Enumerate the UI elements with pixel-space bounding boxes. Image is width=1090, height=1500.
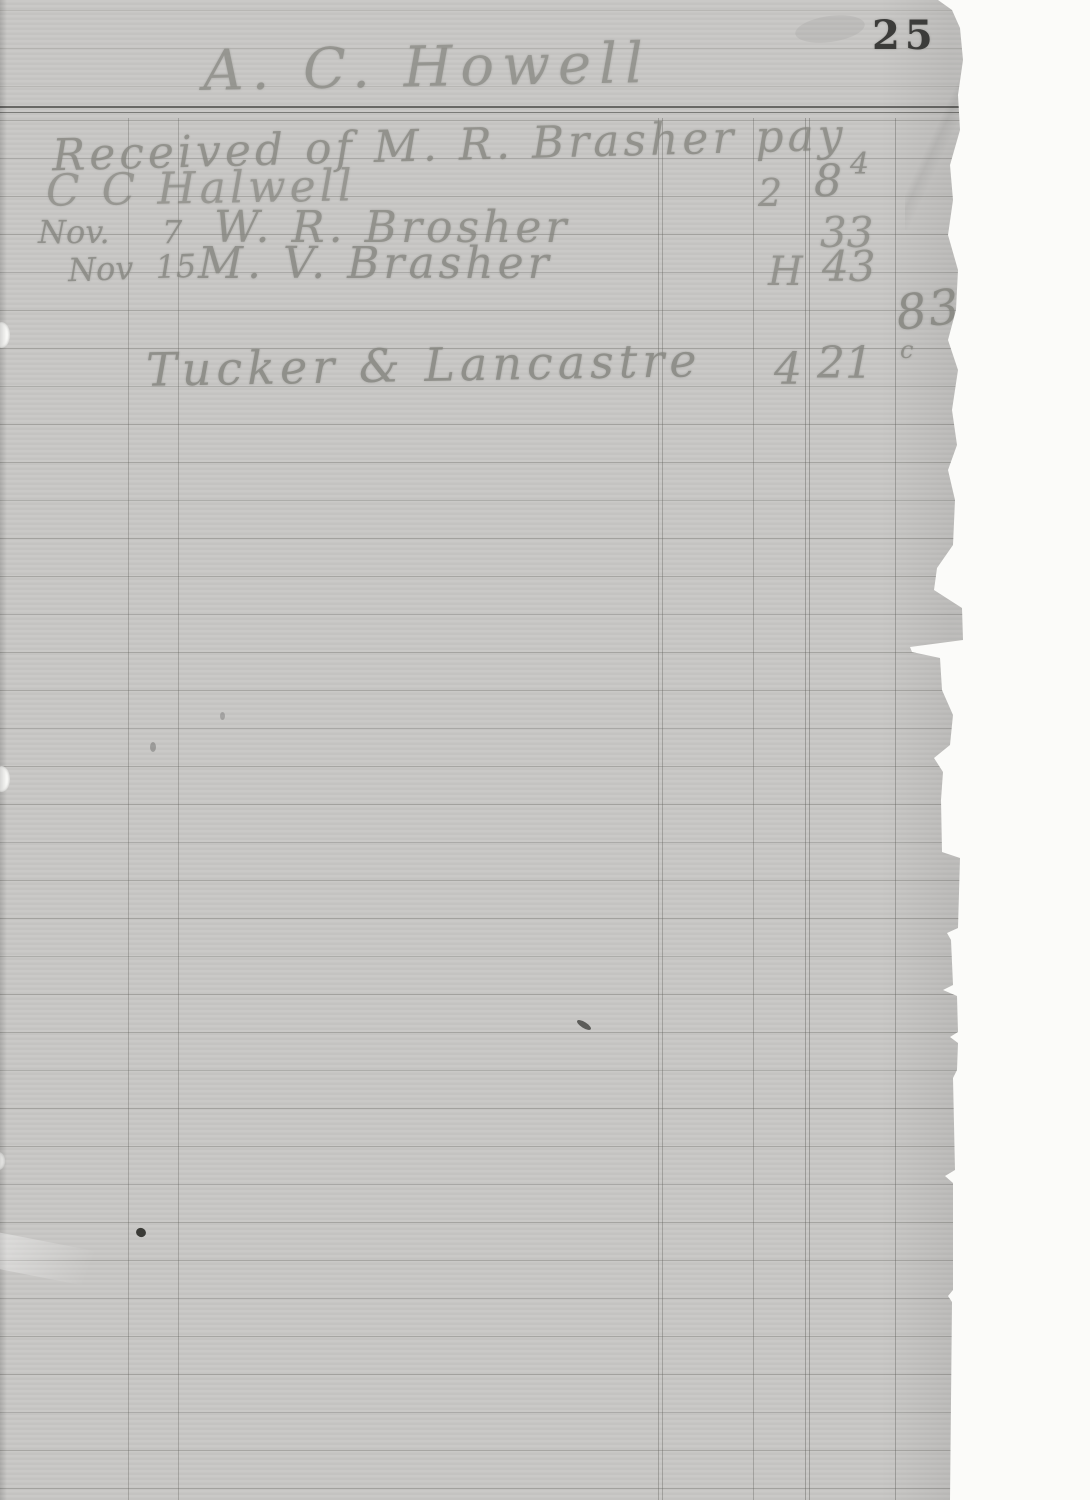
entry-date: Nov. 7 [38,216,182,248]
rule-line [0,652,1090,653]
dust-speck [1012,262,1016,266]
column-rule [658,118,659,1500]
margin-total: 83 [893,282,963,338]
entry-description: M. V. Brasher [198,242,553,286]
smudge [794,11,867,46]
entry-amount-superscript: 4 [850,150,869,180]
account-title: A. C. Howell [203,36,652,100]
ink-speck [135,1227,147,1239]
entry-amount: 8 [814,160,842,204]
column-rule [753,118,754,1500]
entry-amount: 43 [822,246,875,288]
dust-speck [1040,700,1043,703]
column-rule [805,118,806,1500]
fold-crease [0,1232,124,1292]
entry-amount-prefix: 2 [758,174,782,212]
column-rule [128,118,129,1500]
column-rule [809,118,810,1500]
entry-description: Tucker & Lancastre [146,337,702,393]
left-edge-shadow [0,0,7,1500]
column-rule [178,118,179,1500]
column-rule [662,118,663,1500]
page-number: 25 [872,16,938,56]
cents-mark: c [900,338,913,362]
entry-amount-prefix: H [768,252,803,292]
entry-amount-prefix: 4 [774,348,802,392]
dust-speck [1000,1310,1004,1313]
entry-amount: 21 [817,342,873,386]
corner-crease [905,40,975,230]
ink-speck [576,1018,593,1032]
scanned-ledger-page: 25 A. C. Howell Received of M. R. Brashe… [0,0,1090,1500]
smudge [150,742,156,752]
entry-date: Nov 15 [67,250,196,286]
smudge [220,712,225,720]
ledger-paper: 25 A. C. Howell Received of M. R. Brashe… [0,0,1090,1500]
